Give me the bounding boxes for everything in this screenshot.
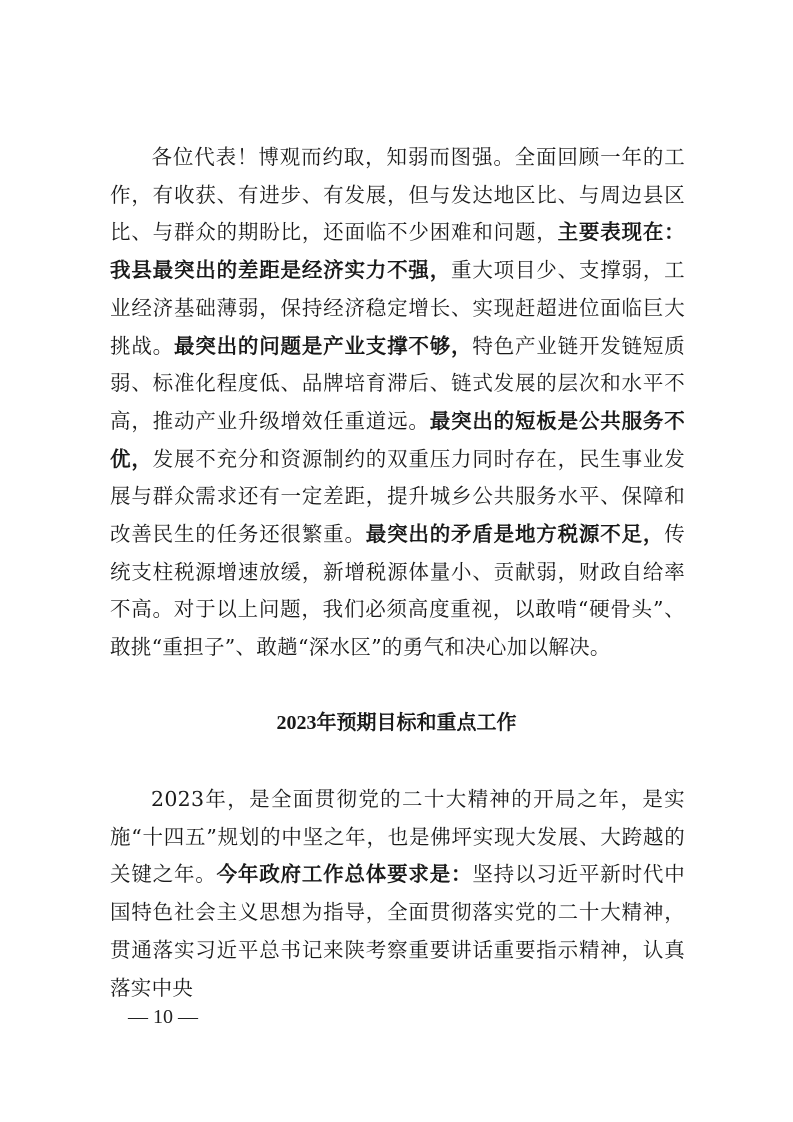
page-number: — 10 — bbox=[128, 1006, 198, 1029]
paragraph-problems: 各位代表！博观而约取，知弱而图强。全面回顾一年的工作，有收获、有进步、有发展，但… bbox=[110, 139, 685, 667]
document-page: 各位代表！博观而约取，知弱而图强。全面回顾一年的工作，有收获、有进步、有发展，但… bbox=[0, 0, 793, 1122]
bold-text-segment: 今年政府工作总体要求是： bbox=[217, 862, 473, 886]
bold-text-segment: 最突出的问题是产业支撑不够， bbox=[174, 334, 472, 358]
bold-text-segment: 最突出的矛盾是地方税源不足， bbox=[366, 522, 664, 546]
section-heading: 2023年预期目标和重点工作 bbox=[0, 706, 793, 735]
paragraph-2023-goals: 2023年，是全面贯彻党的二十大精神的开局之年，是实施“十四五”规划的中坚之年，… bbox=[110, 781, 685, 1007]
